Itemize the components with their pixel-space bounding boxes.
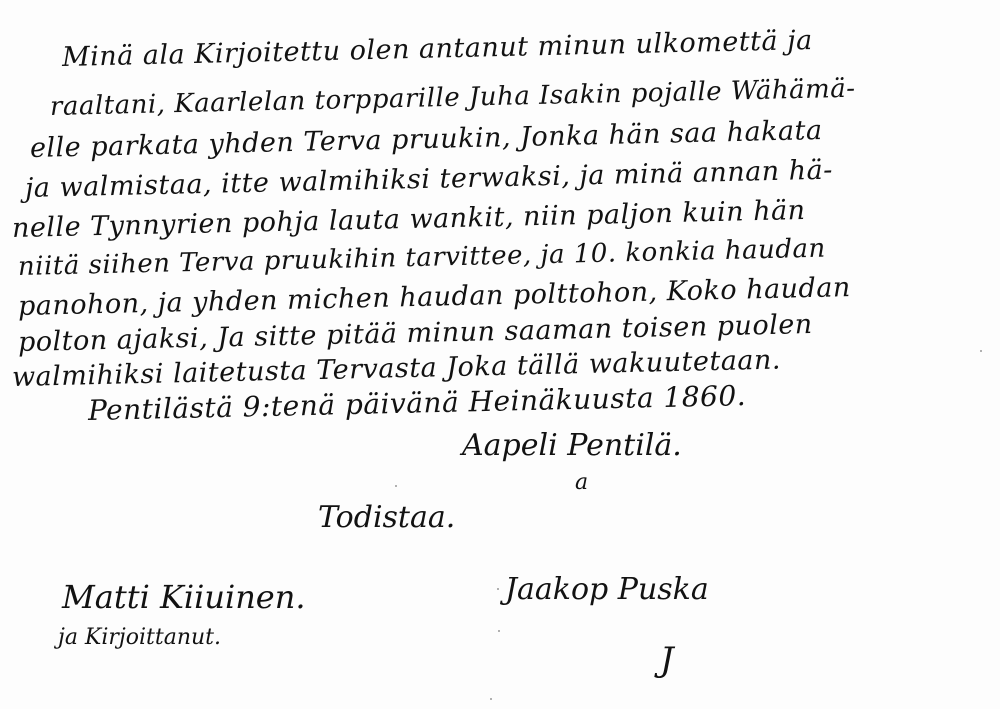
witness-2-mark: J	[660, 640, 674, 680]
witness-2-name: Jaakop Puska	[505, 572, 709, 607]
witnesses-label: Todistaa.	[318, 500, 455, 535]
ink-speck	[497, 588, 499, 590]
ink-speck	[980, 350, 982, 352]
body-line-2: raaltani, Kaarlelan torpparille Juha Isa…	[50, 74, 856, 122]
ink-speck	[490, 698, 492, 700]
witness-1-role: ja Kirjoittanut.	[58, 625, 221, 650]
ink-speck	[395, 485, 397, 487]
signatory-mark: a	[575, 470, 588, 495]
signatory-name: Aapeli Pentilä.	[462, 428, 682, 463]
body-line-1: Minä ala Kirjoitettu olen antanut minun …	[62, 25, 813, 73]
manuscript-page: Minä ala Kirjoitettu olen antanut minun …	[0, 0, 1000, 709]
witness-1-name: Matti Kiiuinen.	[62, 578, 306, 616]
ink-speck	[498, 630, 500, 632]
